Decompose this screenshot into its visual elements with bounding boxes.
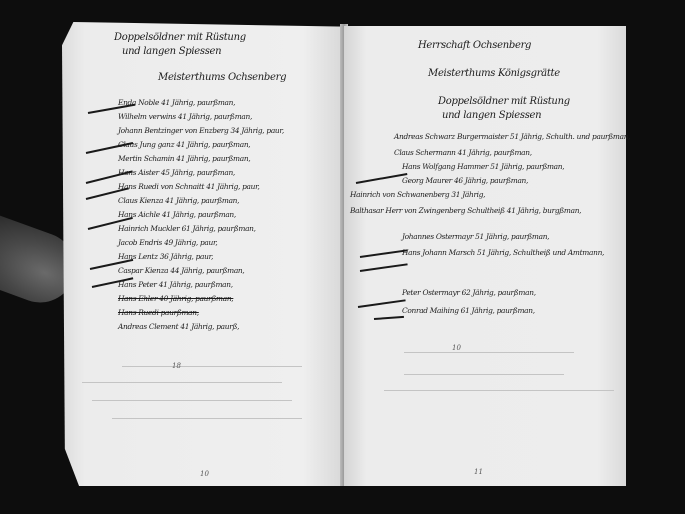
struck-entry: Hans Ruedi paurßman, bbox=[118, 308, 199, 317]
entry: Mertin Schamin 41 Jährig, paurßman, bbox=[118, 154, 250, 163]
entry: Enda Noble 41 Jährig, paurßman, bbox=[118, 98, 235, 107]
entry: Jacob Endris 49 Jährig, paur, bbox=[118, 238, 217, 247]
entry: Peter Ostermayr 62 Jährig, paurßman, bbox=[402, 288, 536, 297]
entry: Caspar Kienza 44 Jährig, paurßman, bbox=[118, 266, 244, 275]
entry: Balthasar Herr von Zwingenberg Schulthei… bbox=[350, 206, 581, 215]
entry: Hans Aichle 41 Jährig, paurßman, bbox=[118, 210, 236, 219]
entry: Andreas Schwarz Burgermaister 51 Jährig,… bbox=[394, 132, 630, 141]
entry: Hans Aister 45 Jährig, paurßman, bbox=[118, 168, 235, 177]
entry: Claus Jung ganz 41 Jährig, paurßman, bbox=[118, 140, 250, 149]
entry: Claus Kienza 41 Jährig, paurßman, bbox=[118, 196, 239, 205]
entry: Georg Maurer 46 Jährig, paurßman, bbox=[402, 176, 528, 185]
right-heading: Herrschaft Ochsenberg bbox=[418, 40, 531, 51]
right-section-title: Meisterthums Königsgrätte bbox=[428, 68, 560, 79]
entry: Johann Bentzinger von Enzberg 34 Jährig,… bbox=[118, 126, 284, 135]
entry: Hans Wolfgang Hammer 51 Jährig, paurßman… bbox=[402, 162, 564, 171]
page-mark: 18 bbox=[172, 362, 181, 370]
struck-entry: Hans Ehler 40 Jährig, paurßman, bbox=[118, 294, 233, 303]
entry: Hainrich Muckler 61 Jährig, paurßman, bbox=[118, 224, 256, 233]
entry: Hainrich von Schwanenberg 31 Jährig, bbox=[350, 190, 485, 199]
left-page: Doppelsöldner mit Rüstung und langen Spi… bbox=[62, 22, 346, 486]
page-number: 10 bbox=[200, 470, 209, 478]
entry: Andreas Clement 41 Jährig, paurß, bbox=[118, 322, 239, 331]
page-number: 11 bbox=[474, 468, 483, 476]
entry: Wilhelm verwins 41 Jährig, paurßman, bbox=[118, 112, 252, 121]
entry: Johannes Ostermayr 51 Jährig, paurßman, bbox=[402, 232, 549, 241]
entry: Hans Ruedi von Schnaitt 41 Jährig, paur, bbox=[118, 182, 260, 191]
left-section-title: Meisterthums Ochsenberg bbox=[158, 72, 286, 83]
entry: Hans Johann Marsch 51 Jährig, Schultheiß… bbox=[402, 248, 604, 257]
entry: Conrad Maihing 61 Jährig, paurßman, bbox=[402, 306, 535, 315]
entry: Hans Peter 41 Jährig, paurßman, bbox=[118, 280, 233, 289]
entry: Claus Schermann 41 Jährig, paurßman, bbox=[394, 148, 532, 157]
left-heading-1: Doppelsöldner mit Rüstung bbox=[114, 32, 246, 43]
page-mark: 10 bbox=[452, 344, 461, 352]
right-subheading-1: Doppelsöldner mit Rüstung bbox=[438, 96, 570, 107]
right-page: Herrschaft Ochsenberg Meisterthums König… bbox=[344, 26, 626, 486]
right-subheading-2: und langen Spiessen bbox=[442, 110, 541, 121]
left-heading-2: und langen Spiessen bbox=[122, 46, 221, 57]
